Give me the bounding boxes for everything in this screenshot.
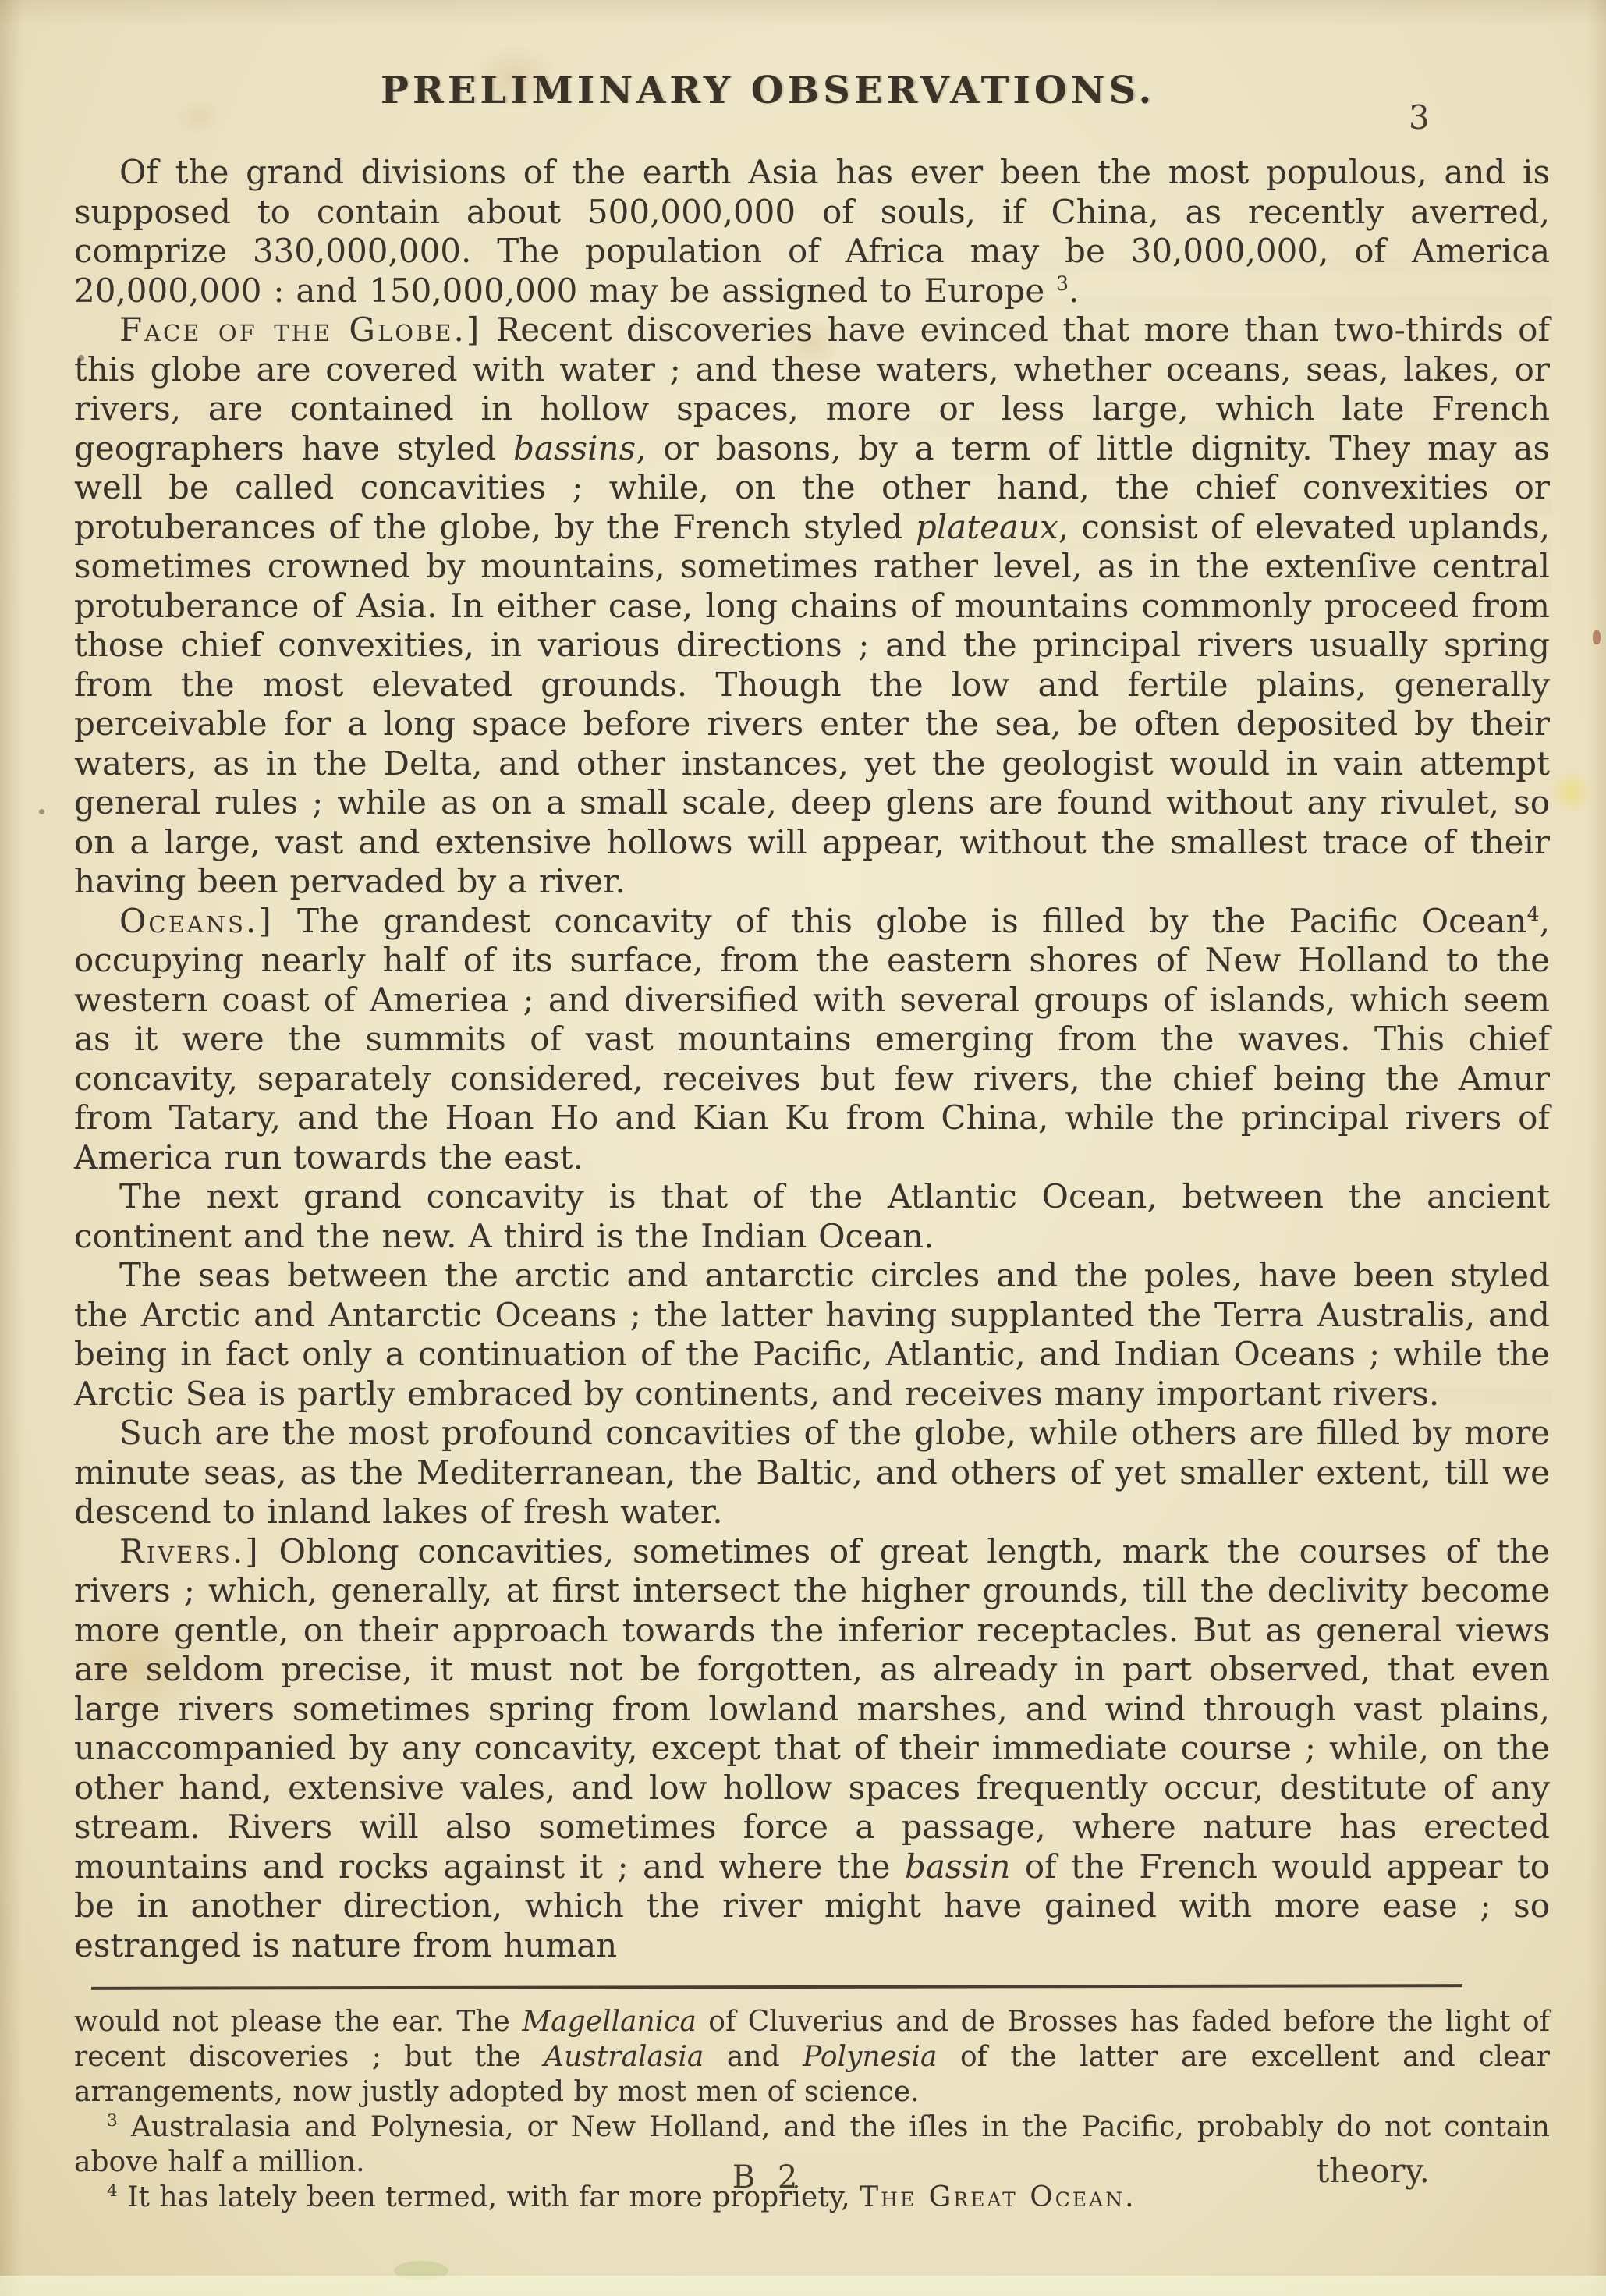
paragraph-face-of-the-globe: Face of the Globe.] Recent discoveries h… (74, 311, 1550, 902)
running-title: PRELIMINARY OBSERVATIONS. (0, 69, 1571, 112)
paragraph-rivers: Rivers.] Oblong concavities, sometimes o… (74, 1532, 1550, 1966)
paper-stain (1540, 761, 1603, 823)
footnote-continuation: would not please the ear. The Magellanic… (74, 2004, 1550, 2110)
page-number: 3 (1409, 98, 1430, 137)
body-text: Of the grand divisions of the earth Asia… (74, 153, 1550, 1965)
footnote-separator (91, 1984, 1462, 1990)
catchword: theory. (1316, 2152, 1430, 2190)
paper-speck (39, 809, 44, 814)
paragraph-oceans: Oceans.] The grandest concavity of this … (74, 902, 1550, 1178)
page-content: Of the grand divisions of the earth Asia… (74, 153, 1550, 2215)
scan-bottom-edge (0, 2276, 1606, 2296)
paragraph-population: Of the grand divisions of the earth Asia… (74, 153, 1550, 311)
paragraph-atlantic: The next grand concavity is that of the … (74, 1177, 1550, 1256)
paragraph-polar-oceans: The seas between the arctic and antarcti… (74, 1256, 1550, 1414)
paragraph-minute-seas: Such are the most profound concavities o… (74, 1414, 1550, 1532)
book-page: PRELIMINARY OBSERVATIONS. 3 Of the grand… (0, 0, 1606, 2296)
paper-stain (1593, 630, 1601, 644)
